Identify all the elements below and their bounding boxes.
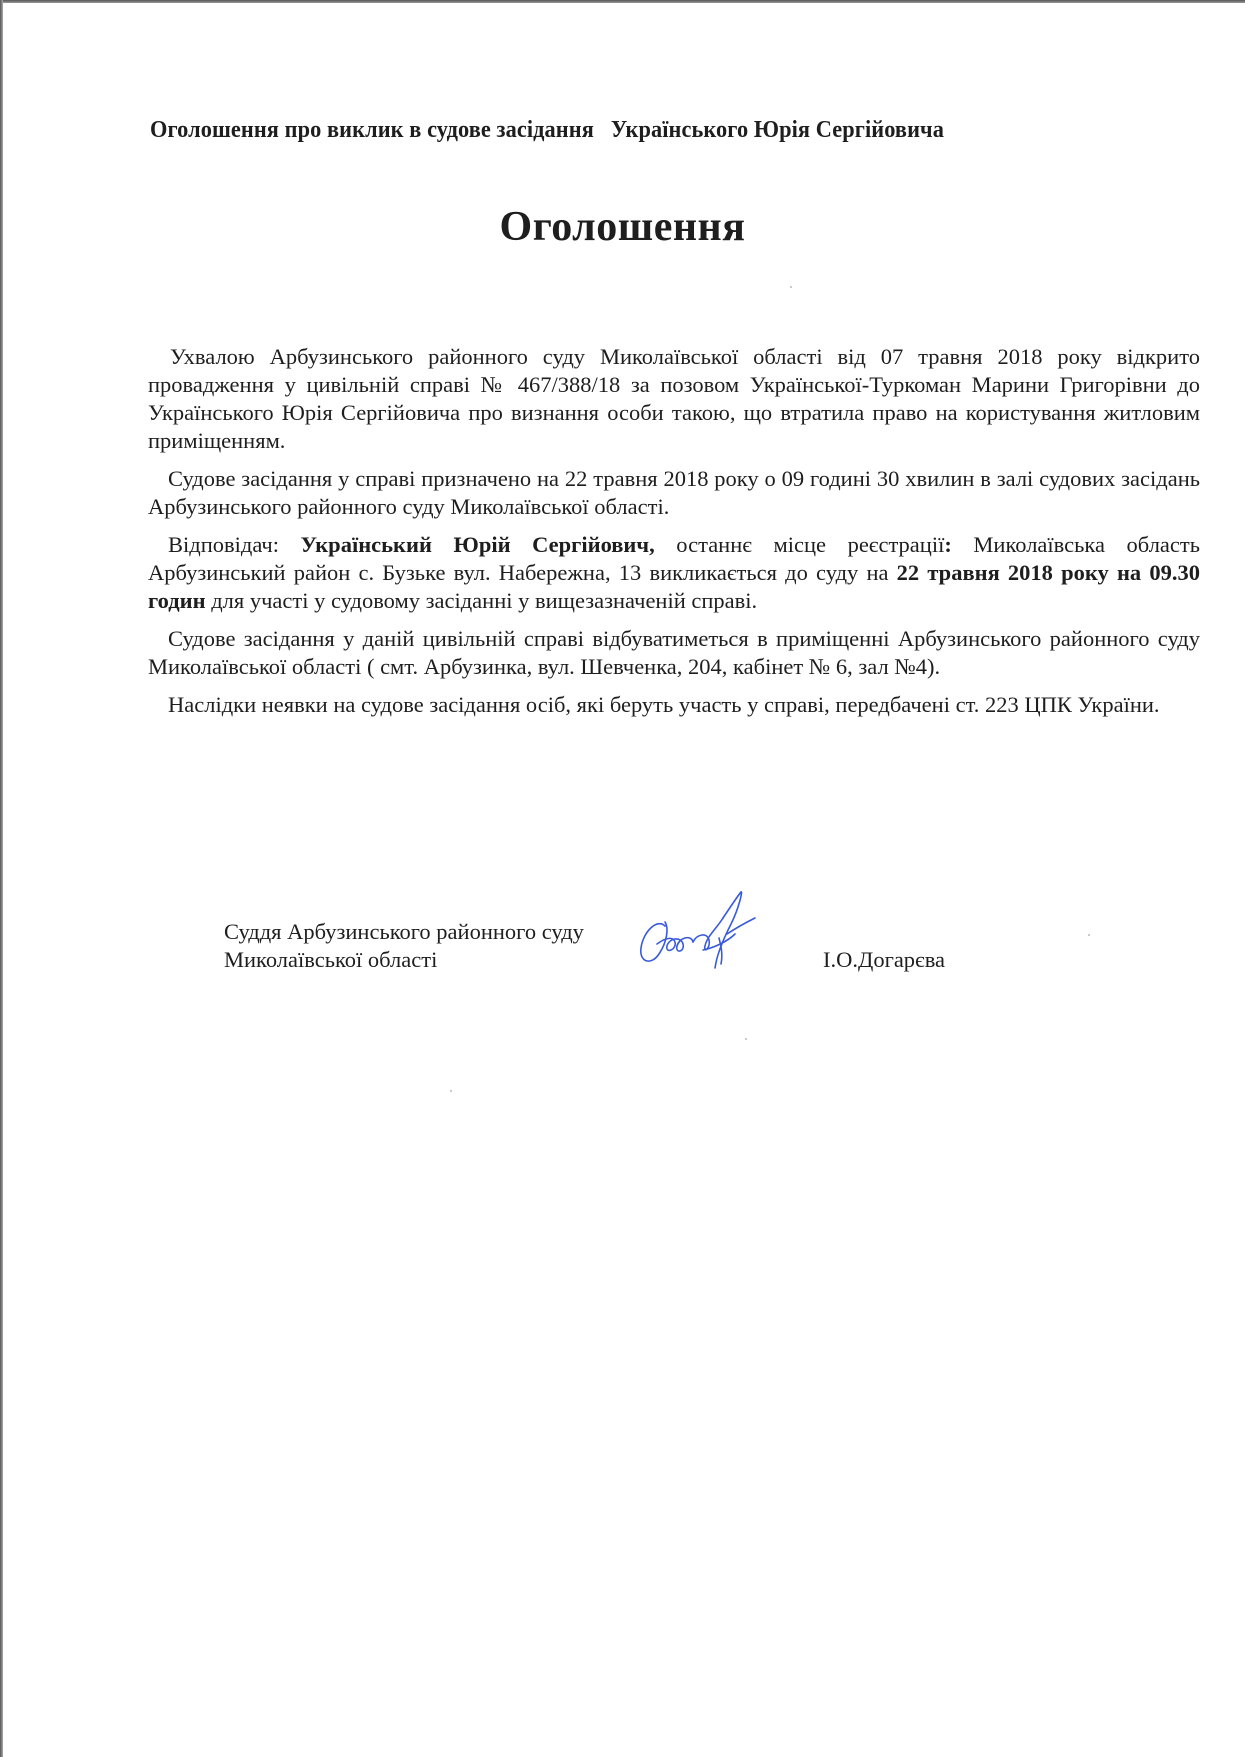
registration-label: останнє місце реєстрації: [655, 532, 945, 557]
scan-speck: [1088, 934, 1090, 936]
scan-speck: [745, 1038, 747, 1040]
defendant-name: Український Юрій Сергійович,: [301, 532, 655, 557]
paragraph-location: Судове засідання у даній цивільній справ…: [148, 625, 1200, 681]
colon: :: [944, 532, 952, 557]
scan-speck: [790, 286, 792, 288]
handwritten-signature-icon: [635, 888, 770, 973]
judge-name: І.О.Догарєва: [823, 946, 945, 974]
announcement-title: Оголошення про виклик в судове засідання…: [150, 117, 1127, 144]
scan-border-left: [0, 0, 3, 1757]
document-page: Оголошення про виклик в судове засідання…: [0, 0, 1245, 1757]
scan-speck: [450, 1090, 452, 1092]
judge-position: Суддя Арбузинського районного суду Микол…: [224, 918, 584, 974]
scan-border-top: [0, 0, 1245, 3]
defendant-label: Відповідач:: [168, 532, 301, 557]
summons-purpose: для участі у судовому засіданні у вищеза…: [206, 588, 758, 613]
judge-position-line1: Суддя Арбузинського районного суду: [224, 918, 584, 946]
paragraph-consequences: Наслідки неявки на судове засідання осіб…: [148, 691, 1200, 719]
main-heading: Оголошення: [0, 203, 1245, 251]
paragraph-ruling: Ухвалою Арбузинського районного суду Мик…: [148, 343, 1200, 455]
announcement-body: Ухвалою Арбузинського районного суду Мик…: [148, 343, 1200, 729]
paragraph-defendant: Відповідач: Український Юрій Сергійович,…: [148, 531, 1200, 615]
judge-position-line2: Миколаївської області: [224, 946, 584, 974]
paragraph-hearing-date: Судове засідання у справі призначено на …: [148, 465, 1200, 521]
